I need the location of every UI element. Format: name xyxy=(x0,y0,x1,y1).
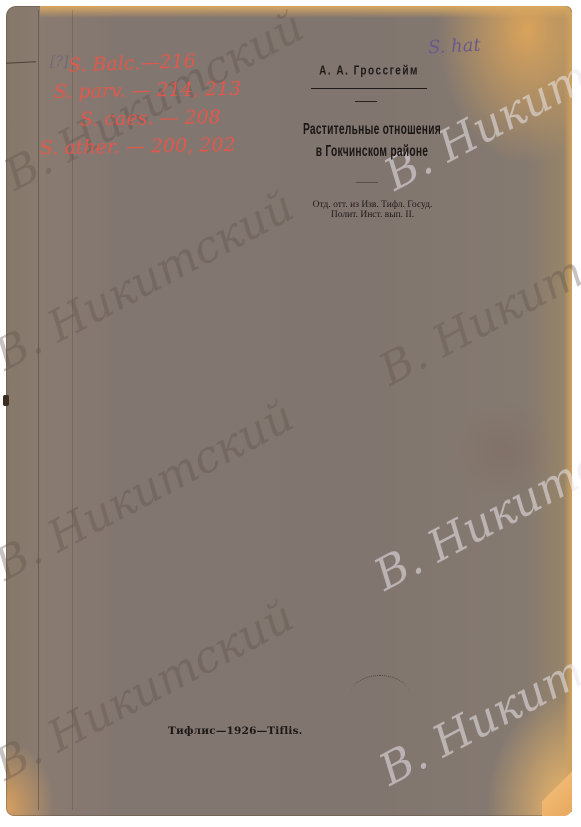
divider-rule xyxy=(355,101,377,102)
offprint-line: Полит. Инст. вып. II. xyxy=(285,210,460,220)
purple-ink-note: S. hat xyxy=(427,35,481,59)
stain-mark xyxy=(350,675,410,716)
red-note-line: S. ather. — 200, 202 xyxy=(36,130,306,163)
title-line: в Гокчинском районе xyxy=(301,137,444,165)
staple-mark xyxy=(3,395,9,406)
author-name: А. А. Гроссгейм xyxy=(310,64,428,78)
red-ink-notes: S. Balc.—216 S. parv. — 214, 213 S. caes… xyxy=(36,48,306,160)
publication-imprint: Тифлис—1926—Tiflis. xyxy=(168,725,348,737)
divider-rule xyxy=(356,182,378,183)
author-underline xyxy=(311,88,427,89)
book-title: Растительные отношения в Гокчинском райо… xyxy=(285,118,459,162)
aged-top-edge xyxy=(40,6,572,18)
offprint-line: Отд. отт. из Изв. Тифл. Госуд. xyxy=(285,200,460,210)
offprint-note: Отд. отт. из Изв. Тифл. Госуд. Полит. Ин… xyxy=(285,200,460,220)
worn-corner xyxy=(542,771,572,816)
aged-right-edge xyxy=(564,12,572,812)
